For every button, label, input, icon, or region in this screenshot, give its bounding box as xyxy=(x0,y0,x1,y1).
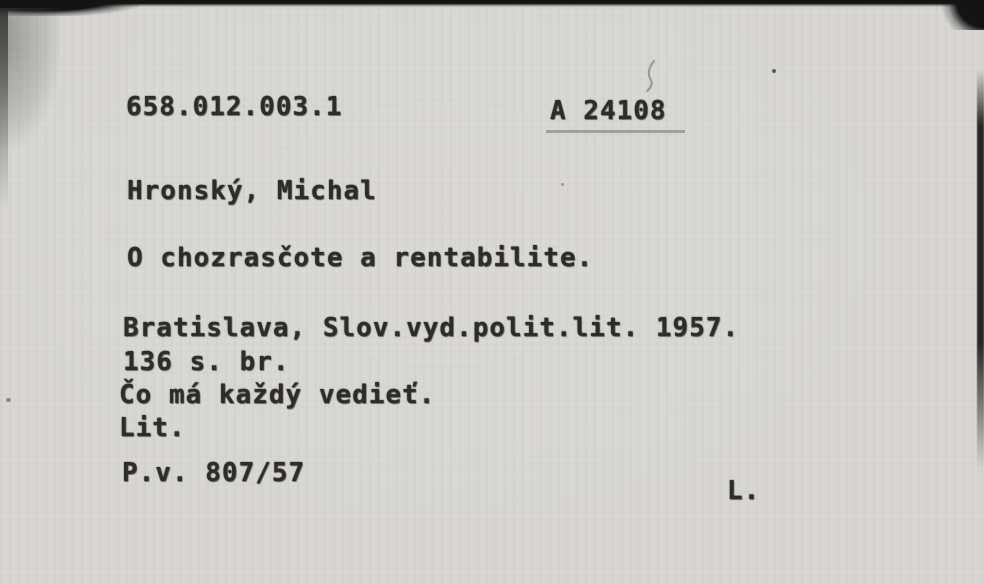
accession-number: A 24108 xyxy=(546,96,685,133)
scan-edge-right xyxy=(977,70,984,470)
scan-corner-smudge xyxy=(0,8,60,148)
pen-mark-icon xyxy=(640,58,666,98)
collation-line: 136 s. br. xyxy=(123,347,290,377)
ink-speck xyxy=(6,398,11,402)
title-line: O chozrasčote a rentabilite. xyxy=(127,243,593,273)
imprint-line: Bratislava, Slov.vyd.polit.lit. 1957. xyxy=(123,313,739,343)
bibliography-note-line: Lit. xyxy=(119,413,186,443)
series-note-line: Čo má každý vedieť. xyxy=(119,380,435,410)
classification-number: 658.012.003.1 xyxy=(126,92,343,122)
catalog-card: 658.012.003.1 A 24108 Hronský, Michal O … xyxy=(0,0,984,584)
cataloguer-initial: L. xyxy=(727,476,760,506)
scan-edge-top-right-corner xyxy=(938,0,984,30)
ink-speck xyxy=(561,183,564,186)
ink-speck xyxy=(772,69,776,73)
scan-edge-top xyxy=(0,0,984,7)
record-number: P.v. 807/57 xyxy=(122,458,305,488)
author-line: Hronský, Michal xyxy=(127,176,377,206)
